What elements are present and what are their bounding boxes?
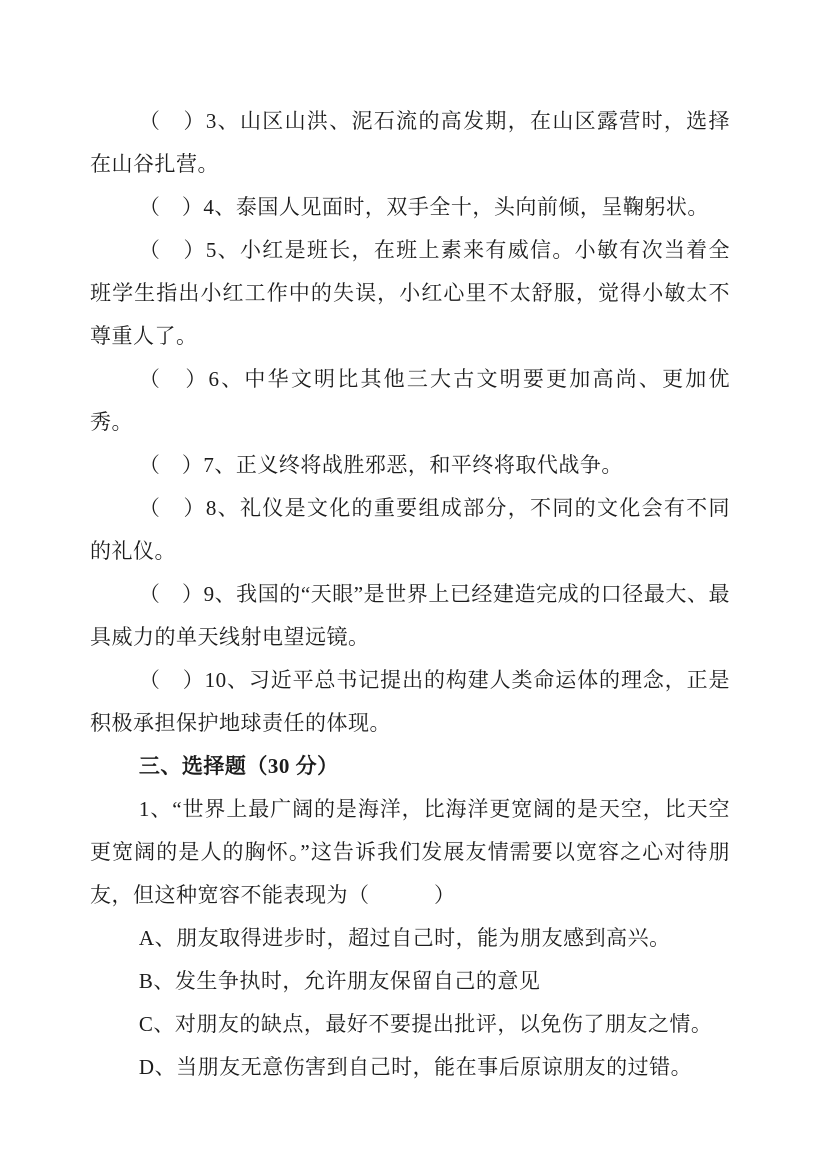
tf-item-8: （ ）8、礼仪是文化的重要组成部分，不同的文化会有不同的礼仪。 (90, 487, 730, 573)
mc-option-A: A、朋友取得进步时，超过自己时，能为朋友感到高兴。 (90, 917, 730, 960)
tf-item-7: （ ）7、正义终将战胜邪恶，和平终将取代战争。 (90, 444, 730, 487)
section-heading-三: 三、选择题（30 分） (90, 745, 730, 788)
tf-item-9: （ ）9、我国的“天眼”是世界上已经建造完成的口径最大、最具威力的单天线射电望远… (90, 573, 730, 659)
document-body: （ ）3、山区山洪、泥石流的高发期，在山区露营时，选择在山谷扎营。（ ）4、泰国… (90, 100, 730, 1089)
mc-option-B: B、发生争执时，允许朋友保留自己的意见 (90, 960, 730, 1003)
tf-item-4: （ ）4、泰国人见面时，双手全十，头向前倾，呈鞠躬状。 (90, 186, 730, 229)
mc-option-C: C、对朋友的缺点，最好不要提出批评，以免伤了朋友之情。 (90, 1003, 730, 1046)
mc-question-1: 1、“世界上最广阔的是海洋，比海洋更宽阔的是天空，比天空更宽阔的是人的胸怀。”这… (90, 788, 730, 917)
mc-option-D: D、当朋友无意伤害到自己时，能在事后原谅朋友的过错。 (90, 1046, 730, 1089)
tf-item-5: （ ）5、小红是班长，在班上素来有威信。小敏有次当着全班学生指出小红工作中的失误… (90, 229, 730, 358)
tf-item-6: （ ）6、中华文明比其他三大古文明要更加高尚、更加优秀。 (90, 358, 730, 444)
tf-item-10: （ ）10、习近平总书记提出的构建人类命运体的理念，正是积极承担保护地球责任的体… (90, 659, 730, 745)
tf-item-3: （ ）3、山区山洪、泥石流的高发期，在山区露营时，选择在山谷扎营。 (90, 100, 730, 186)
document-page: （ ）3、山区山洪、泥石流的高发期，在山区露营时，选择在山谷扎营。（ ）4、泰国… (0, 0, 827, 1169)
